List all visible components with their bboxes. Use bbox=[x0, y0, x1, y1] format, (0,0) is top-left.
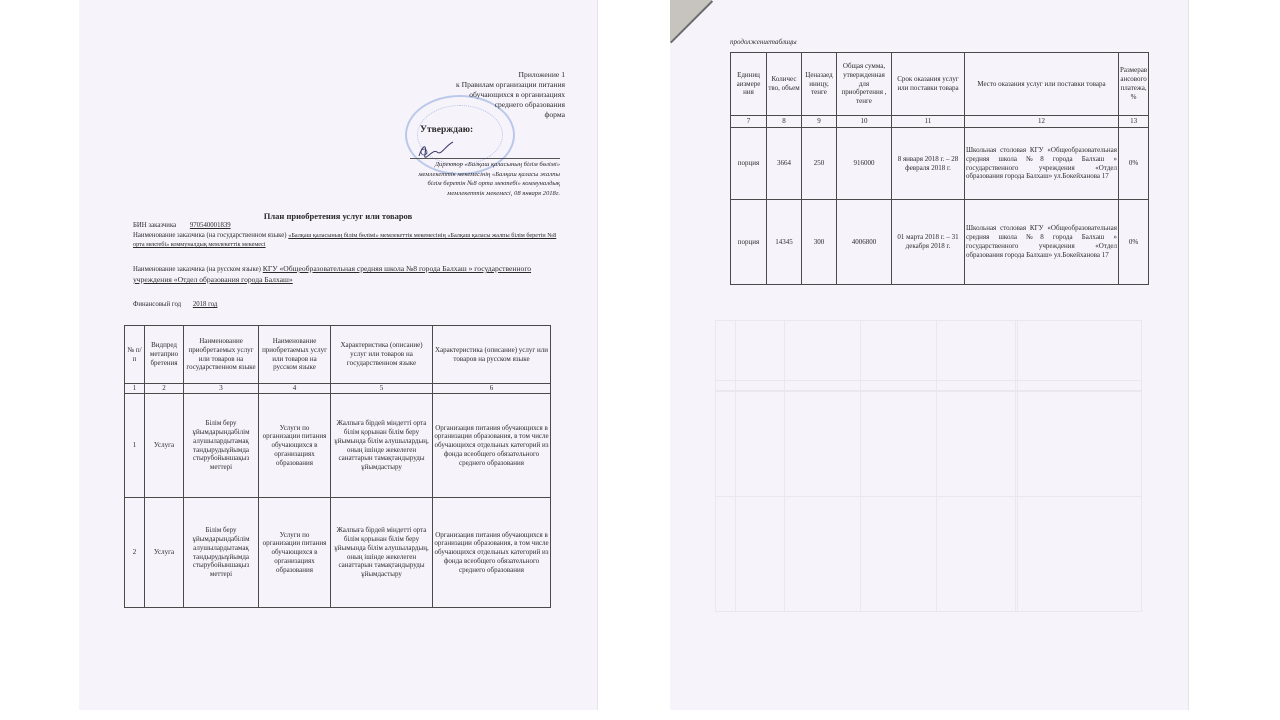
unit-price: 250 bbox=[802, 128, 837, 200]
header-cell: Место оказания услуг или поставки товара bbox=[965, 53, 1119, 116]
signature-icon bbox=[415, 140, 455, 160]
appendix-line: к Правилам организации питания bbox=[400, 80, 565, 90]
procurement-type: Услуга bbox=[145, 498, 184, 608]
procurement-type: Услуга bbox=[145, 394, 184, 498]
quantity: 3664 bbox=[767, 128, 802, 200]
unit: порция bbox=[731, 200, 767, 285]
appendix-line: среднего образования bbox=[400, 100, 565, 110]
table-row: 2 Услуга Білім беру ұйымдарындабілім алу… bbox=[125, 498, 551, 608]
delivery-period: 01 марта 2018 г. – 31 декабря 2018 г. bbox=[892, 200, 965, 285]
description-ru: Организация питания обучающихся в органи… bbox=[433, 394, 551, 498]
customer-kz-field: Наименование заказчика (на государственн… bbox=[133, 231, 558, 249]
column-number-row: 7 8 9 10 11 12 13 bbox=[731, 116, 1149, 128]
column-number: 3 bbox=[184, 384, 259, 394]
show-through bbox=[715, 320, 1155, 615]
table-row: порция 14345 300 4006800 01 марта 2018 г… bbox=[731, 200, 1149, 285]
column-number: 2 bbox=[145, 384, 184, 394]
header-cell: Характеристика (описание) услуг или това… bbox=[331, 326, 433, 384]
appendix-note: Приложение 1 к Правилам организации пита… bbox=[400, 70, 565, 120]
delivery-place: Школьная столовая КГУ «Общеобразовательн… bbox=[965, 128, 1119, 200]
header-cell: Размерав ансового платежа, % bbox=[1119, 53, 1149, 116]
column-number: 8 bbox=[767, 116, 802, 128]
column-number: 5 bbox=[331, 384, 433, 394]
table-continuation-caption: продолжениетаблицы bbox=[730, 38, 797, 46]
header-cell: Наименование приобретаемых услуг или тов… bbox=[184, 326, 259, 384]
header-cell: Наименование приобретаемых услуг или тов… bbox=[259, 326, 331, 384]
column-number: 4 bbox=[259, 384, 331, 394]
bin-value: 970540001839 bbox=[178, 221, 320, 230]
advance-payment: 0% bbox=[1119, 200, 1149, 285]
fiscal-year-value: 2018 год bbox=[183, 300, 363, 309]
table-row: порция 3664 250 916000 8 января 2018 г. … bbox=[731, 128, 1149, 200]
description-kz: Жалпыға бірдей міндетті орта білім қорын… bbox=[331, 394, 433, 498]
signature-line bbox=[410, 158, 560, 159]
row-number: 2 bbox=[125, 498, 145, 608]
appendix-line: форма bbox=[400, 110, 565, 120]
column-number: 12 bbox=[965, 116, 1119, 128]
appendix-line: Приложение 1 bbox=[400, 70, 565, 80]
director-line: мемлекеттік мекемесі, 08 января 2018г. bbox=[385, 189, 560, 199]
bin-label: БИН заказчика bbox=[133, 222, 176, 229]
director-block: Директор «Балқаш қаласының білім бөлімі»… bbox=[385, 160, 560, 198]
name-ru: Услуги по организации питания обучающихс… bbox=[259, 498, 331, 608]
header-cell: Видпред метаприо бретения bbox=[145, 326, 184, 384]
delivery-period: 8 января 2018 г. – 28 февраля 2018 г. bbox=[892, 128, 965, 200]
unit-price: 300 bbox=[802, 200, 837, 285]
bin-field: БИН заказчика 970540001839 bbox=[133, 221, 320, 230]
customer-kz-label: Наименование заказчика (на государственн… bbox=[133, 232, 287, 239]
column-number-row: 1 2 3 4 5 6 bbox=[125, 384, 551, 394]
description-kz: Жалпыға бірдей міндетті орта білім қорын… bbox=[331, 498, 433, 608]
fiscal-year-label: Финансовый год bbox=[133, 301, 181, 308]
customer-ru-field: Наименование заказчика (на русском языке… bbox=[133, 264, 558, 285]
appendix-line: обучающихся в организациях bbox=[400, 90, 565, 100]
procurement-table: № п/п Видпред метаприо бретения Наименов… bbox=[124, 325, 551, 608]
name-kz: Білім беру ұйымдарындабілім алушылардыта… bbox=[184, 498, 259, 608]
row-number: 1 bbox=[125, 394, 145, 498]
procurement-table-continued: Единиц аизмере ния Количес тво, объем Це… bbox=[730, 52, 1149, 285]
table-header-row: Единиц аизмере ния Количес тво, объем Це… bbox=[731, 53, 1149, 116]
customer-ru-label: Наименование заказчика (на русском языке… bbox=[133, 266, 261, 273]
director-line: Директор «Балқаш қаласының білім бөлімі» bbox=[385, 160, 560, 170]
header-cell: № п/п bbox=[125, 326, 145, 384]
document-title: План приобретения услуг или товаров bbox=[79, 211, 597, 221]
name-kz: Білім беру ұйымдарындабілім алушылардыта… bbox=[184, 394, 259, 498]
header-cell: Единиц аизмере ния bbox=[731, 53, 767, 116]
description-ru: Организация питания обучающихся в органи… bbox=[433, 498, 551, 608]
header-cell: Ценазаед иницу, тенге bbox=[802, 53, 837, 116]
column-number: 6 bbox=[433, 384, 551, 394]
unit: порция bbox=[731, 128, 767, 200]
header-cell: Срок оказания услуг или поставки товара bbox=[892, 53, 965, 116]
column-number: 10 bbox=[837, 116, 892, 128]
table-header-row: № п/п Видпред метаприо бретения Наименов… bbox=[125, 326, 551, 384]
folded-corner bbox=[670, 0, 712, 42]
header-cell: Количес тво, объем bbox=[767, 53, 802, 116]
header-cell: Общая сумма, утвержденная для приобретен… bbox=[837, 53, 892, 116]
director-line: білім беретін №8 орта мектебі» коммуналд… bbox=[385, 179, 560, 189]
quantity: 14345 bbox=[767, 200, 802, 285]
total-amount: 916000 bbox=[837, 128, 892, 200]
column-number: 9 bbox=[802, 116, 837, 128]
delivery-place: Школьная столовая КГУ «Общеобразовательн… bbox=[965, 200, 1119, 285]
approval-label: Утверждаю: bbox=[420, 125, 473, 135]
column-number: 13 bbox=[1119, 116, 1149, 128]
column-number: 11 bbox=[892, 116, 965, 128]
fiscal-year-field: Финансовый год 2018 год bbox=[133, 300, 363, 309]
director-line: мемлекеттік мекемесінің «Балқаш қаласы ж… bbox=[385, 170, 560, 180]
name-ru: Услуги по организации питания обучающихс… bbox=[259, 394, 331, 498]
total-amount: 4006800 bbox=[837, 200, 892, 285]
column-number: 1 bbox=[125, 384, 145, 394]
advance-payment: 0% bbox=[1119, 128, 1149, 200]
column-number: 7 bbox=[731, 116, 767, 128]
header-cell: Характеристика (описание) услуг или това… bbox=[433, 326, 551, 384]
table-row: 1 Услуга Білім беру ұйымдарындабілім алу… bbox=[125, 394, 551, 498]
